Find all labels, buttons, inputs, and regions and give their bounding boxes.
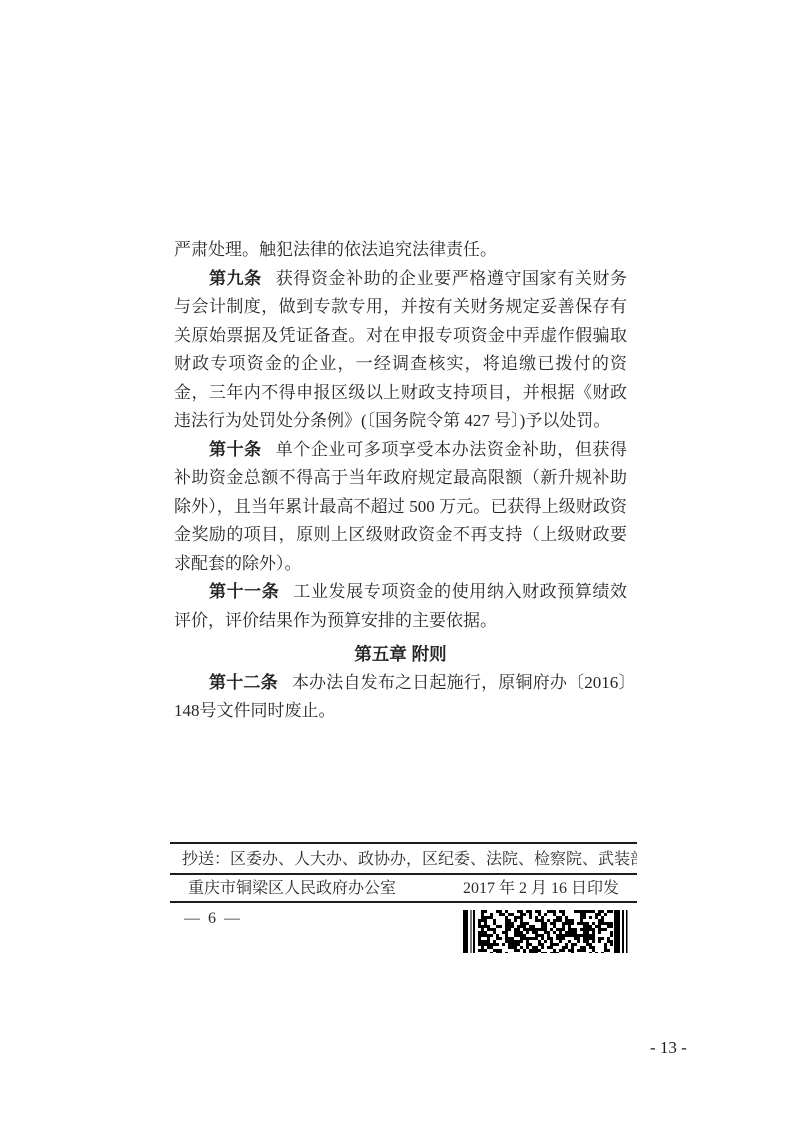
document-page: 严肃处理。触犯法律的依法追究法律责任。 第九条获得资金补助的企业要严格遵守国家有… [0,0,793,1122]
article-term: 第十条 [209,440,262,459]
document-body: 严肃处理。触犯法律的依法追究法律责任。 第九条获得资金补助的企业要严格遵守国家有… [174,236,627,726]
chapter-heading: 第五章 附则 [174,640,627,669]
inner-page-number: — 6 — [184,910,242,928]
paragraph-text: 获得资金补助的企业要严格遵守国家有关财务与会计制度，做到专款专用，并按有关财务规… [174,269,627,431]
article-term: 第十一条 [209,582,279,601]
paragraph-article-10: 第十条单个企业可多项享受本办法资金补助，但获得补助资金总额不得高于当年政府规定最… [174,436,627,579]
paragraph-article-12: 第十二条本办法自发布之日起施行，原铜府办〔2016〕148号文件同时废止。 [174,669,627,726]
outer-page-number: - 13 - [650,1038,687,1058]
cc-list: 区委办、人大办、政协办，区纪委、法院、检察院、武装部。 [230,851,637,868]
article-term: 第九条 [209,269,262,288]
print-date: 2017 年 2 月 16 日印发 [463,875,619,901]
paragraph-continuation: 严肃处理。触犯法律的依法追究法律责任。 [174,236,627,265]
issuer-row: 重庆市铜梁区人民政府办公室 2017 年 2 月 16 日印发 [170,875,637,903]
paragraph-article-9: 第九条获得资金补助的企业要严格遵守国家有关财务与会计制度，做到专款专用，并按有关… [174,265,627,436]
memo-footer: 抄送：区委办、人大办、政协办，区纪委、法院、检察院、武装部。 重庆市铜梁区人民政… [170,842,637,903]
cc-label: 抄送： [182,851,230,868]
cc-row: 抄送：区委办、人大办、政协办，区纪委、法院、检察院、武装部。 [170,844,637,875]
article-term: 第十二条 [209,673,278,692]
paragraph-text: 严肃处理。触犯法律的依法追究法律责任。 [174,240,497,259]
issuer-name: 重庆市铜梁区人民政府办公室 [188,875,396,901]
paragraph-text: 单个企业可多项享受本办法资金补助，但获得补助资金总额不得高于当年政府规定最高限额… [174,440,627,573]
barcode [463,910,629,953]
paragraph-article-11: 第十一条工业发展专项资金的使用纳入财政预算绩效评价，评价结果作为预算安排的主要依… [174,578,627,635]
